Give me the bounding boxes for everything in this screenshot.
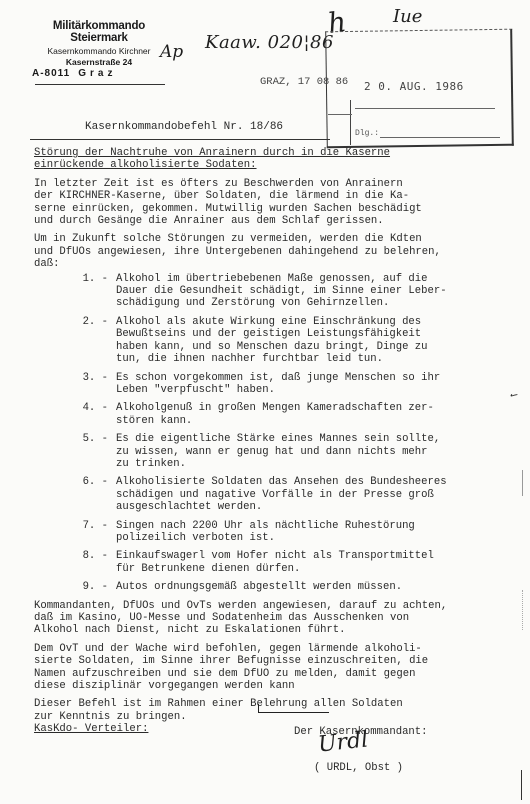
stamp-divider	[350, 100, 351, 145]
stamp-line	[355, 108, 495, 109]
list-item-number: 6. -	[34, 476, 108, 513]
document-body: Störung der Nachtruhe von Anrainern durc…	[34, 147, 514, 736]
list-item: 8. -Einkaufswagerl vom Hofer nicht als T…	[34, 550, 514, 575]
list-item-number: 1. -	[34, 273, 108, 310]
list-item: 9. -Autos ordnungsgemäß abgestellt werde…	[34, 581, 514, 593]
list-item: 7. -Singen nach 2200 Uhr als nächtliche …	[34, 520, 514, 545]
instruction-list: 1. -Alkohol im übertriebebenen Maße geno…	[34, 273, 514, 594]
letterhead-unit: Kasernkommando Kirchner	[24, 46, 174, 56]
letterhead-street: Kasernstraße 24	[24, 57, 174, 67]
list-item-number: 7. -	[34, 520, 108, 545]
letterhead-org: Militärkommando Steiermark	[24, 20, 174, 44]
paragraph: Kommandanten, DfUOs und OvTs werden ange…	[34, 600, 514, 637]
list-item-number: 9. -	[34, 581, 108, 593]
list-item: 6. -Alkoholisierte Soldaten das Ansehen …	[34, 476, 514, 513]
order-title: Kasernkommandobefehl Nr. 18/86	[85, 121, 283, 133]
letterhead-rule	[35, 84, 165, 85]
paragraph: In letzter Zeit ist es öfters zu Beschwe…	[34, 178, 514, 228]
list-item-text: Singen nach 2200 Uhr als nächtliche Ruhe…	[108, 520, 456, 545]
handwritten-initial-right: Iue	[393, 6, 422, 27]
letterhead-address: A-8011Graz	[24, 68, 174, 79]
list-item-text: Alkoholisierte Soldaten das Ansehen des …	[108, 476, 456, 513]
margin-mark	[522, 470, 523, 496]
list-item-number: 2. -	[34, 316, 108, 366]
list-item: 1. -Alkohol im übertriebebenen Maße geno…	[34, 273, 514, 310]
list-item-number: 4. -	[34, 402, 108, 427]
margin-mark	[522, 590, 523, 630]
list-item: 3. -Es schon vorgekommen ist, daß junge …	[34, 372, 514, 397]
paragraph: Um in Zukunft solche Störungen zu vermei…	[34, 233, 514, 270]
handwritten-reference: Kaaw. 020¦86	[205, 32, 334, 53]
title-rule	[30, 139, 330, 140]
stamp-dlg-label: Dlg.:	[355, 129, 379, 138]
list-item-text: Autos ordnungsgemäß abgestellt werden mü…	[108, 581, 456, 593]
stamp-line	[380, 137, 500, 138]
list-item-text: Alkoholgenuß in großen Mengen Kameradsch…	[108, 402, 456, 427]
letterhead-city: Graz	[78, 68, 116, 79]
handwritten-signature: Urdl	[317, 727, 370, 757]
margin-mark	[521, 770, 522, 800]
list-item: 4. -Alkoholgenuß in großen Mengen Kamera…	[34, 402, 514, 427]
letterhead: Militärkommando Steiermark Kasernkommand…	[24, 20, 174, 79]
handwritten-underline-mark	[258, 704, 329, 713]
list-item-text: Alkohol im übertriebebenen Maße genossen…	[108, 273, 456, 310]
signature-name: ( URDL, Obst )	[314, 762, 403, 774]
list-item: 5. -Es die eigentliche Stärke eines Mann…	[34, 433, 514, 470]
list-item-number: 3. -	[34, 372, 108, 397]
subject-line: Störung der Nachtruhe von Anrainern durc…	[34, 147, 514, 172]
list-item: 2. -Alkohol als akute Wirkung eine Einsc…	[34, 316, 514, 366]
list-item-text: Es die eigentliche Stärke eines Mannes s…	[108, 433, 456, 470]
stamp-received-date: 2 0. AUG. 1986	[364, 80, 464, 93]
handwritten-initial: Ap	[160, 42, 183, 62]
stamp-line	[328, 114, 352, 115]
distribution-label: KasKdo- Verteiler:	[34, 723, 514, 735]
list-item-text: Einkaufswagerl vom Hofer nicht als Trans…	[108, 550, 456, 575]
paragraph: Dem OvT und der Wache wird befohlen, geg…	[34, 643, 514, 693]
list-item-text: Es schon vorgekommen ist, daß junge Mens…	[108, 372, 456, 397]
list-item-number: 8. -	[34, 550, 108, 575]
letterhead-postcode: A-8011	[32, 68, 70, 79]
list-item-text: Alkohol als akute Wirkung eine Einschrän…	[108, 316, 456, 366]
list-item-number: 5. -	[34, 433, 108, 470]
place-date: GRAZ, 17 08 86	[260, 76, 348, 88]
